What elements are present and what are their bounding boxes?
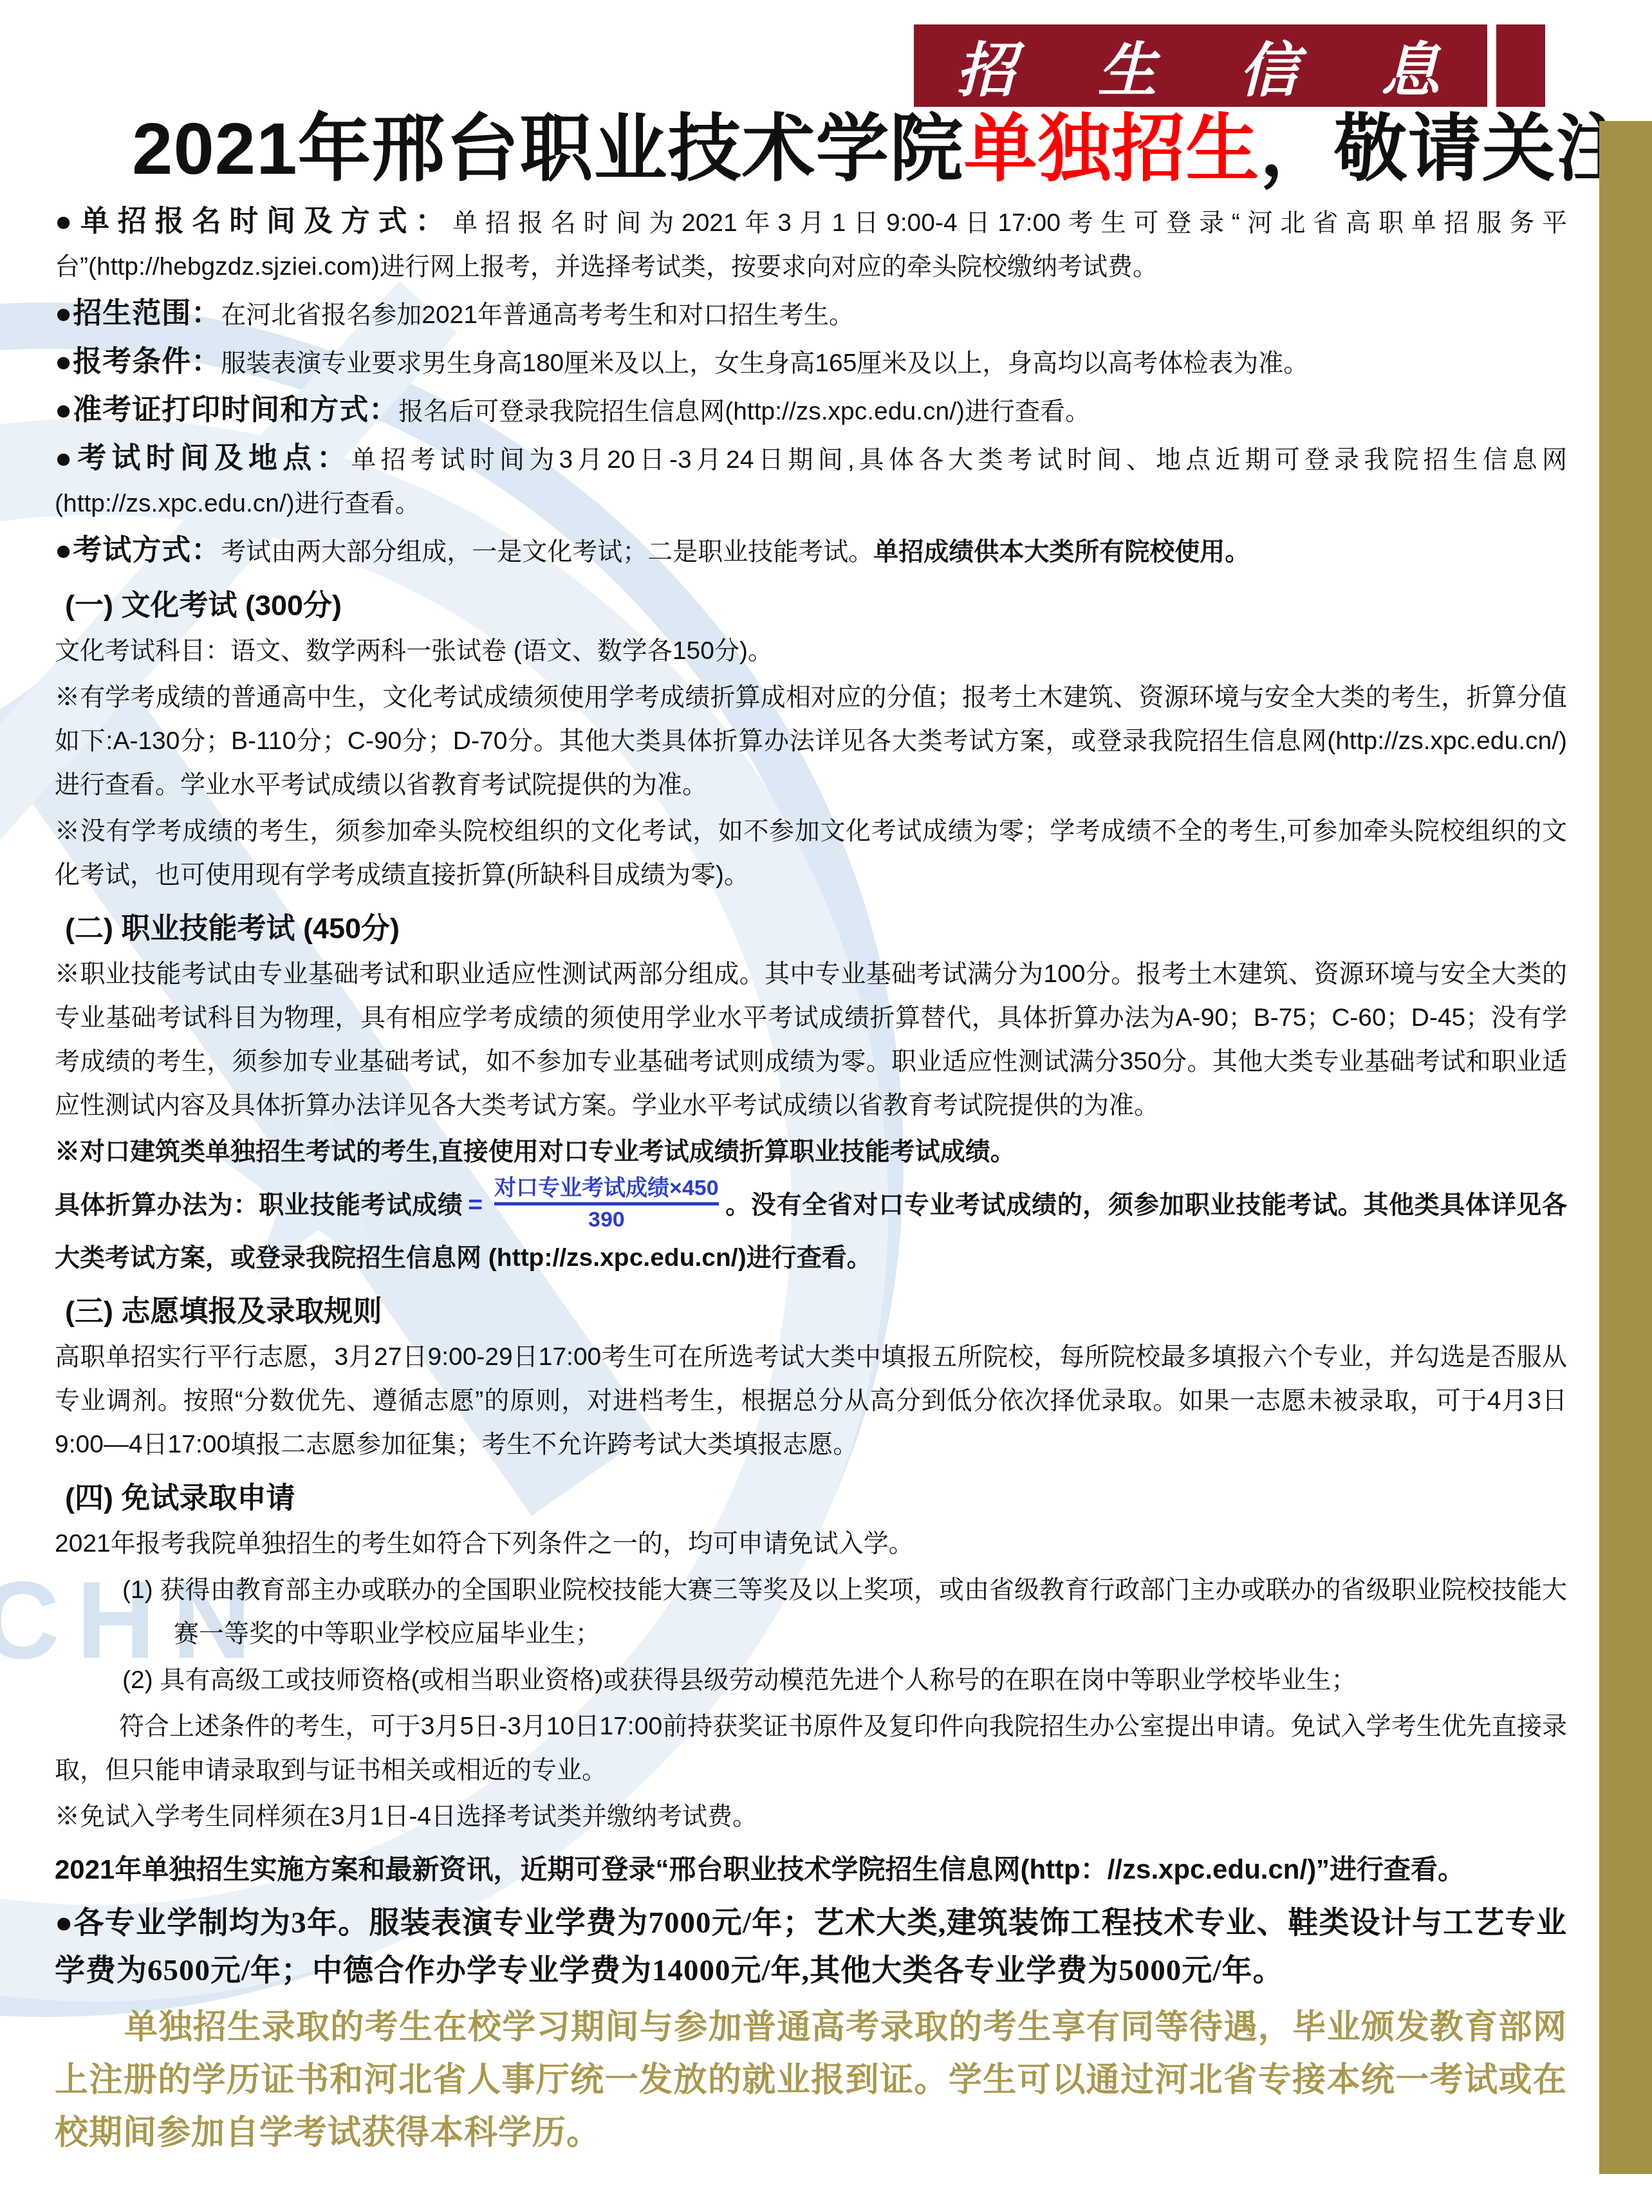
banner-accent-bar bbox=[1496, 24, 1545, 107]
paragraph-text: 在河北省报名参加2021年普通高考考生和对口招生考生。 bbox=[221, 301, 854, 329]
right-gold-bar bbox=[1599, 121, 1652, 2174]
title-highlight: 单独招生 bbox=[964, 108, 1260, 190]
paragraph-bold-tail: 单招成绩供本大类所有院校使用。 bbox=[873, 538, 1250, 566]
section-heading-volunteer: (三) 志愿填报及录取规则 bbox=[55, 1292, 1567, 1332]
paragraph-culture-conversion: ※有学考成绩的普通高中生，文化考试成绩须使用学考成绩折算成相对应的分值；报考土木… bbox=[55, 676, 1567, 807]
list-item-award: (1) 获得由教育部主办或联办的全国职业院校技能大赛三等奖及以上奖项，或由省级教… bbox=[55, 1568, 1567, 1656]
paragraph-registration: ●单招报名时间及方式：单招报名时间为2021年3月1日9:00-4日17:00考… bbox=[55, 200, 1567, 289]
title-suffix: ，敬请关注 bbox=[1260, 108, 1630, 190]
bullet-label: ●考试方式： bbox=[55, 534, 221, 566]
fraction-numerator: 对口专业考试成绩×450 bbox=[494, 1174, 719, 1202]
admission-info-banner: 招 生 信 息 bbox=[914, 24, 1487, 107]
bullet-label: ●准考证打印时间和方式： bbox=[55, 393, 398, 426]
paragraph-conversion-formula: 具体折算办法为：职业技能考试成绩=对口专业考试成绩×450390。没有全省对口专… bbox=[55, 1176, 1567, 1280]
equals-sign: = bbox=[468, 1191, 483, 1219]
paragraph-text: 报名后可登录我院招生信息网(http://zs.xpc.edu.cn/)进行查看… bbox=[398, 398, 1090, 425]
paragraph-admission-ticket: ●准考证打印时间和方式：报名后可登录我院招生信息网(http://zs.xpc.… bbox=[55, 388, 1567, 434]
paragraph-exam-time-place: ●考试时间及地点：单招考试时间为3月20日-3月24日期间,具体各大类考试时间、… bbox=[55, 436, 1567, 526]
paragraph-exemption-fee: ※免试入学考生同样须在3月1日-4日选择考试类并缴纳考试费。 bbox=[55, 1795, 1567, 1839]
section-heading-exemption: (四) 免试录取申请 bbox=[55, 1478, 1567, 1518]
bullet-label: ●考试时间及地点： bbox=[55, 441, 351, 474]
paragraph-culture-subjects: 文化考试科目：语文、数学两科一张试卷 (语文、数学各150分)。 bbox=[55, 629, 1567, 673]
fraction-denominator: 390 bbox=[494, 1202, 719, 1234]
title-prefix: 2021年邢台职业技术学院 bbox=[132, 108, 964, 190]
formula-prefix: 具体折算办法为：职业技能考试成绩 bbox=[55, 1191, 463, 1219]
section-heading-skill-exam: (二) 职业技能考试 (450分) bbox=[55, 909, 1567, 949]
bullet-label: ●报考条件： bbox=[55, 345, 221, 378]
paragraph-counterpart-bold: ※对口建筑类单独招生考试的考生,直接使用对口专业考试成绩折算职业技能考试成绩。 bbox=[55, 1130, 1567, 1174]
paragraph-exemption-intro: 2021年报考我院单独招生的考生如符合下列条件之一的，均可申请免试入学。 bbox=[55, 1522, 1567, 1566]
paragraph-skill-exam-detail: ※职业技能考试由专业基础考试和职业适应性测试两部分组成。其中专业基础考试满分为1… bbox=[55, 953, 1567, 1128]
bullet-label: ●招生范围： bbox=[55, 297, 221, 330]
paragraph-tuition-fees: ●各专业学制均为3年。服装表演专业学费为7000元/年；艺术大类,建筑装饰工程技… bbox=[55, 1899, 1567, 1994]
section-heading-culture-exam: (一) 文化考试 (300分) bbox=[55, 586, 1567, 626]
paragraph-culture-no-scores: ※没有学考成绩的考生，须参加牵头院校组织的文化考试，如不参加文化考试成绩为零；学… bbox=[55, 810, 1567, 897]
banner-title: 招 生 信 息 bbox=[930, 23, 1471, 108]
bullet-label: ●单招报名时间及方式： bbox=[55, 205, 452, 237]
paragraph-exemption-apply: 符合上述条件的考生，可于3月5日-3月10日17:00前持获奖证书原件及复印件向… bbox=[55, 1705, 1567, 1792]
admission-poster: { "colors":{ "maroon":"#8c1626", "title_… bbox=[0, 0, 1652, 2212]
paragraph-requirements: ●报考条件：服装表演专业要求男生身高180厘米及以上，女生身高165厘米及以上，… bbox=[55, 340, 1567, 386]
paragraph-volunteer-rules: 高职单招实行平行志愿，3月27日9:00-29日17:00考生可在所选考试大类中… bbox=[55, 1335, 1567, 1467]
poster-content: 2021年邢台职业技术学院单独招生，敬请关注 ●单招报名时间及方式：单招报名时间… bbox=[0, 0, 1652, 2159]
paragraph-scope: ●招生范围：在河北省报名参加2021年普通高考考生和对口招生考生。 bbox=[55, 292, 1567, 337]
paragraph-latest-news: 2021年单独招生实施方案和最新资讯，近期可登录“邢台职业技术学院招生信息网(h… bbox=[55, 1849, 1567, 1890]
formula-fraction: 对口专业考试成绩×450390 bbox=[494, 1174, 719, 1234]
list-item-qualification: (2) 具有高级工或技师资格(或相当职业资格)或获得县级劳动模范先进个人称号的在… bbox=[55, 1659, 1567, 1702]
paragraph-equal-treatment: 单独招生录取的考生在校学习期间与参加普通高考录取的考生享有同等待遇，毕业颁发教育… bbox=[55, 2001, 1567, 2159]
paragraph-text: 考试由两大部分组成，一是文化考试；二是职业技能考试。 bbox=[221, 538, 873, 566]
paragraph-exam-method: ●考试方式：考试由两大部分组成，一是文化考试；二是职业技能考试。单招成绩供本大类… bbox=[55, 528, 1567, 574]
paragraph-text: 服装表演专业要求男生身高180厘米及以上，女生身高165厘米及以上，身高均以高考… bbox=[221, 349, 1308, 377]
